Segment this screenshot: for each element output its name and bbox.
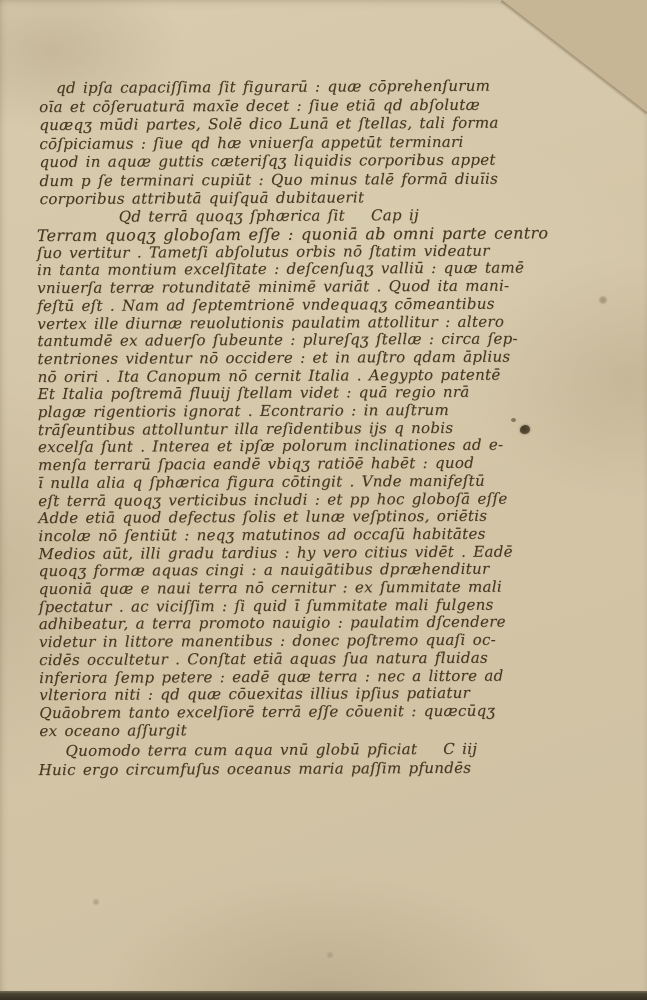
chapter-2-heading: Qd terrā quoqʒ ſphærica ſitCap ij — [119, 206, 419, 226]
text-line: quod in aquæ guttis cæteriſqʒ liquidis c… — [39, 151, 498, 172]
folio-number: 2 — [570, 22, 580, 38]
heading-label: Quomodo terra cum aqua vnū globū pficiat — [65, 740, 417, 760]
text-line: cōſpiciamus : ſiue qd hæ vniuerſa appetū… — [39, 132, 498, 153]
manuscript-page: 2 qd ipſa capaciſſima ſit figurarū : quæ… — [0, 0, 647, 1000]
text-line: Quāobrem tanto excelſiorē terrā eſſe cōu… — [39, 702, 551, 722]
text-line: Huic ergo circumfuſus oceanus maria paſſ… — [39, 759, 472, 779]
manuscript-scan: 2 qd ipſa capaciſſima ſit figurarū : quæ… — [0, 0, 647, 1000]
chapter-2-text: Terram quoqʒ globoſam eſſe : quoniā ab o… — [37, 224, 551, 740]
text-line: dum p ſe terminari cupiūt : Quo minus ta… — [39, 169, 498, 190]
text-line: qd ipſa capaciſſima ſit figurarū : quæ c… — [56, 77, 498, 98]
text-line: ex oceano aſſurgit — [39, 720, 551, 740]
preceding-paragraph: qd ipſa capaciſſima ſit figurarū : quæ c… — [39, 77, 499, 209]
heading-label: Qd terrā quoqʒ ſphærica ſit — [119, 206, 345, 225]
chapter-3-text: Huic ergo circumfuſus oceanus maria paſſ… — [39, 759, 472, 779]
chapter-number: Cap ij — [371, 206, 419, 224]
text-block-host: qd ipſa capaciſſima ſit figurarū : quæ c… — [0, 0, 647, 1000]
text-line: oīa et cōſeruaturā maxīe decet : ſiue et… — [39, 95, 498, 116]
text-line: quæqʒ mūdi partes, Solē dico Lunā et ſte… — [39, 114, 498, 135]
chapter-number: C iij — [443, 740, 477, 758]
text-line: corporibus attributā quiſquā dubitauerit — [40, 188, 499, 209]
chapter-3-heading: Quomodo terra cum aqua vnū globū pficiat… — [65, 740, 477, 760]
